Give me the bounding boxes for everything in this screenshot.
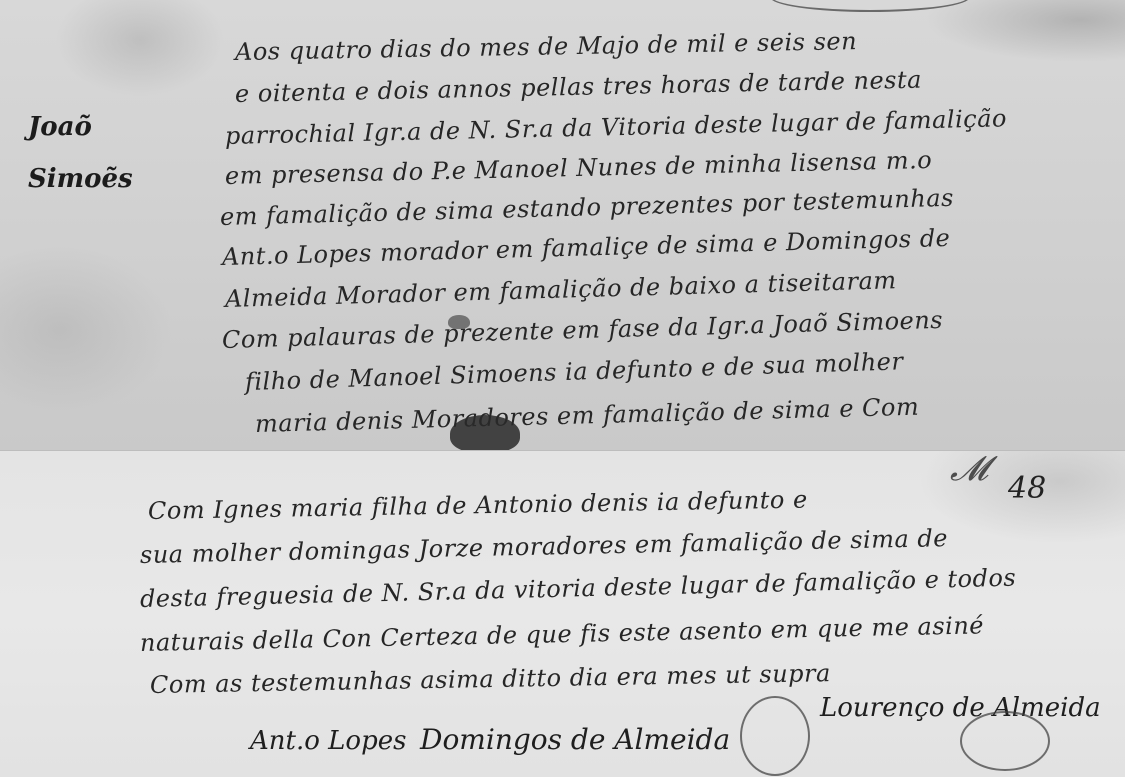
record-line-3: parrochial Igr.a de N. Sr.a da Vitoria d… [225, 104, 1008, 150]
record-line-4: em presensa do P.e Manoel Nunes de minha… [225, 146, 933, 190]
margin-note-line-1: Joaõ [28, 110, 133, 144]
flourish-ornament [770, 0, 970, 12]
record-line-5: em famalição de sima estando prezentes p… [220, 184, 955, 231]
ink-blot [450, 415, 520, 450]
manuscript-fragment-bottom: 48 𝓜 Com Ignes maria filha de Antonio de… [0, 450, 1125, 777]
ink-smudge [448, 315, 470, 329]
signature-priest: Lourenço de Almeida [820, 693, 1101, 723]
record-line-10: maria denis Moradores em famalição de si… [255, 393, 920, 438]
record-line-8: Com palauras de prezente em fase da Igr.… [222, 306, 944, 354]
signature-witness-1: Ant.o Lopes [250, 726, 406, 756]
record-line-1: Aos quatro dias do mes de Majo de mil e … [235, 27, 858, 66]
record-line-15: Com as testemunhas asima ditto dia era m… [150, 659, 831, 699]
margin-note: Joaõ Simoẽs [28, 110, 133, 196]
folio-number: 48 [1008, 471, 1046, 506]
record-line-2: e oitenta e dois annos pellas tres horas… [235, 66, 922, 108]
margin-note-line-2: Simoẽs [28, 162, 133, 196]
manuscript-fragment-top: Joaõ Simoẽs Aos quatro dias do mes de Ma… [0, 0, 1125, 450]
rubric-mark: 𝓜 [950, 450, 988, 489]
signature-flourish [740, 696, 810, 776]
record-line-13: desta freguesia de N. Sr.a da vitoria de… [140, 564, 1017, 613]
manuscript-page: Joaõ Simoẽs Aos quatro dias do mes de Ma… [0, 0, 1125, 777]
record-line-7: Almeida Morador em famalição de baixo a … [225, 266, 897, 313]
record-line-14: naturais della Con Certeza de que fis es… [140, 611, 985, 657]
record-line-11: Com Ignes maria filha de Antonio denis i… [148, 485, 808, 525]
signature-witness-2: Domingos de Almeida [420, 723, 730, 756]
record-line-9: filho de Manoel Simoens ia defunto e de … [245, 347, 904, 396]
record-line-12: sua molher domingas Jorze moradores em f… [140, 524, 949, 569]
record-line-6: Ant.o Lopes morador em famaliçe de sima … [222, 224, 951, 271]
signature-flourish-2 [960, 711, 1050, 771]
